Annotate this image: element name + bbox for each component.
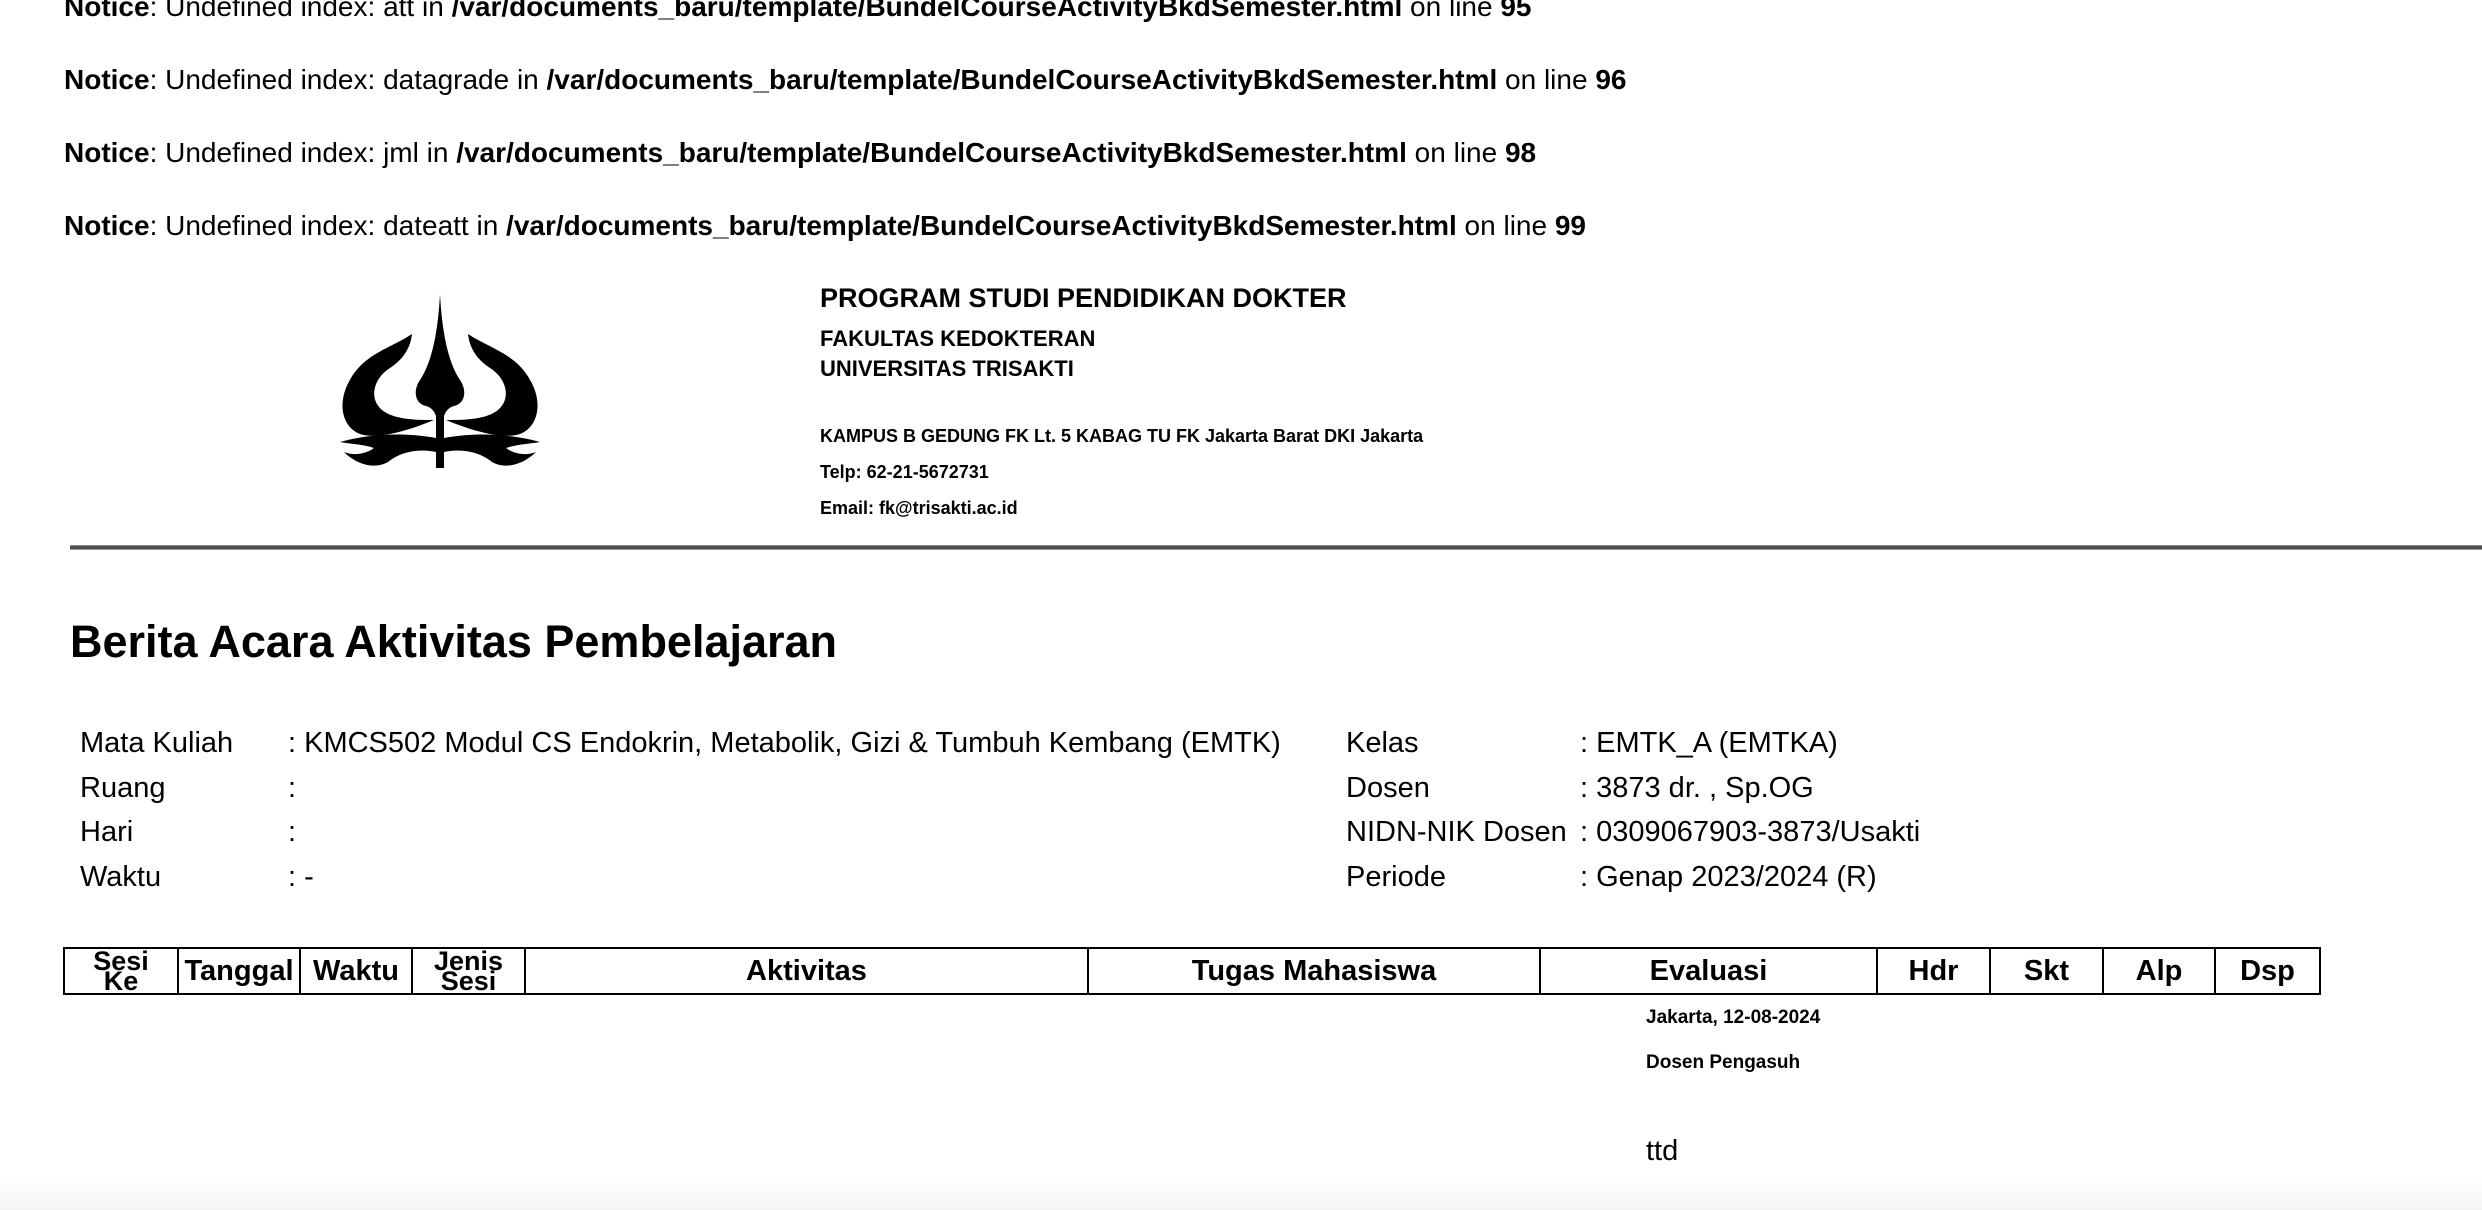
notice-message: : Undefined index: att in (150, 0, 452, 22)
info-value-nidn: : 0309067903-3873/Usakti (1580, 815, 1920, 849)
header-divider (70, 545, 2482, 550)
info-label-periode: Periode (1346, 860, 1446, 894)
col-header-sesi-ke: SesiKe (64, 948, 178, 994)
notice-line-number: 96 (1595, 64, 1626, 95)
notice-message: : Undefined index: datagrade in (150, 64, 547, 95)
info-label-kelas: Kelas (1346, 726, 1419, 760)
info-value-dosen: : 3873 dr. , Sp.OG (1580, 771, 1814, 805)
notice-file: /var/documents_baru/template/BundelCours… (452, 0, 1403, 22)
notice-on-line: on line (1407, 137, 1505, 168)
phone: Telp: 62-21-5672731 (820, 461, 989, 483)
notice-label: Notice (64, 64, 150, 95)
notice-on-line: on line (1457, 210, 1555, 241)
info-value-waktu: : - (288, 860, 314, 894)
notice-file: /var/documents_baru/template/BundelCours… (547, 64, 1498, 95)
notice-message: : Undefined index: jml in (150, 137, 457, 168)
program-name: PROGRAM STUDI PENDIDIKAN DOKTER (820, 282, 1347, 314)
notice-file: /var/documents_baru/template/BundelCours… (506, 210, 1457, 241)
page-title: Berita Acara Aktivitas Pembelajaran (70, 616, 837, 668)
table-header-row: SesiKe Tanggal Waktu JenisSesi Aktivitas… (64, 948, 2320, 994)
info-label-dosen: Dosen (1346, 771, 1430, 805)
col-header-waktu: Waktu (300, 948, 412, 994)
signature-mark: ttd (1646, 1134, 1678, 1168)
notice-file: /var/documents_baru/template/BundelCours… (456, 137, 1407, 168)
col-header-tugas-mahasiswa: Tugas Mahasiswa (1088, 948, 1540, 994)
notice-message: : Undefined index: dateatt in (150, 210, 506, 241)
info-label-nidn: NIDN-NIK Dosen (1346, 815, 1567, 849)
php-notice: Notice: Undefined index: jml in /var/doc… (64, 137, 1536, 169)
info-value-kelas: : EMTK_A (EMTKA) (1580, 726, 1838, 760)
col-header-dsp: Dsp (2215, 948, 2320, 994)
page-bottom-edge (0, 1178, 2482, 1210)
col-header-skt: Skt (1990, 948, 2103, 994)
info-value-periode: : Genap 2023/2024 (R) (1580, 860, 1877, 894)
php-notice: Notice: Undefined index: datagrade in /v… (64, 64, 1626, 96)
col-header-hdr: Hdr (1877, 948, 1990, 994)
university-name: UNIVERSITAS TRISAKTI (820, 356, 1074, 382)
email: Email: fk@trisakti.ac.id (820, 497, 1018, 519)
notice-line-number: 95 (1500, 0, 1531, 22)
notice-line-number: 98 (1505, 137, 1536, 168)
info-value-ruang: : (288, 771, 296, 805)
address: KAMPUS B GEDUNG FK Lt. 5 KABAG TU FK Jak… (820, 425, 1423, 447)
notice-on-line: on line (1402, 0, 1500, 22)
info-label-hari: Hari (80, 815, 133, 849)
activity-table: SesiKe Tanggal Waktu JenisSesi Aktivitas… (63, 947, 2321, 995)
col-header-tanggal: Tanggal (178, 948, 300, 994)
info-label-waktu: Waktu (80, 860, 161, 894)
signature-role: Dosen Pengasuh (1646, 1052, 1800, 1074)
info-value-hari: : (288, 815, 296, 849)
col-header-alp: Alp (2103, 948, 2215, 994)
php-notice: Notice: Undefined index: dateatt in /var… (64, 210, 1586, 242)
notice-label: Notice (64, 137, 150, 168)
col-header-evaluasi: Evaluasi (1540, 948, 1877, 994)
notice-on-line: on line (1497, 64, 1595, 95)
info-value-mata-kuliah: : KMCS502 Modul CS Endokrin, Metabolik, … (288, 726, 1281, 760)
faculty-name: FAKULTAS KEDOKTERAN (820, 326, 1095, 352)
col-header-jenis-sesi: JenisSesi (412, 948, 525, 994)
notice-label: Notice (64, 0, 150, 22)
info-label-mata-kuliah: Mata Kuliah (80, 726, 233, 760)
signature-place-date: Jakarta, 12-08-2024 (1646, 1007, 1820, 1029)
university-emblem-icon (338, 292, 542, 474)
notice-label: Notice (64, 210, 150, 241)
notice-line-number: 99 (1555, 210, 1586, 241)
php-notice: Notice: Undefined index: att in /var/doc… (64, 0, 1532, 23)
col-header-aktivitas: Aktivitas (525, 948, 1088, 994)
info-label-ruang: Ruang (80, 771, 165, 805)
